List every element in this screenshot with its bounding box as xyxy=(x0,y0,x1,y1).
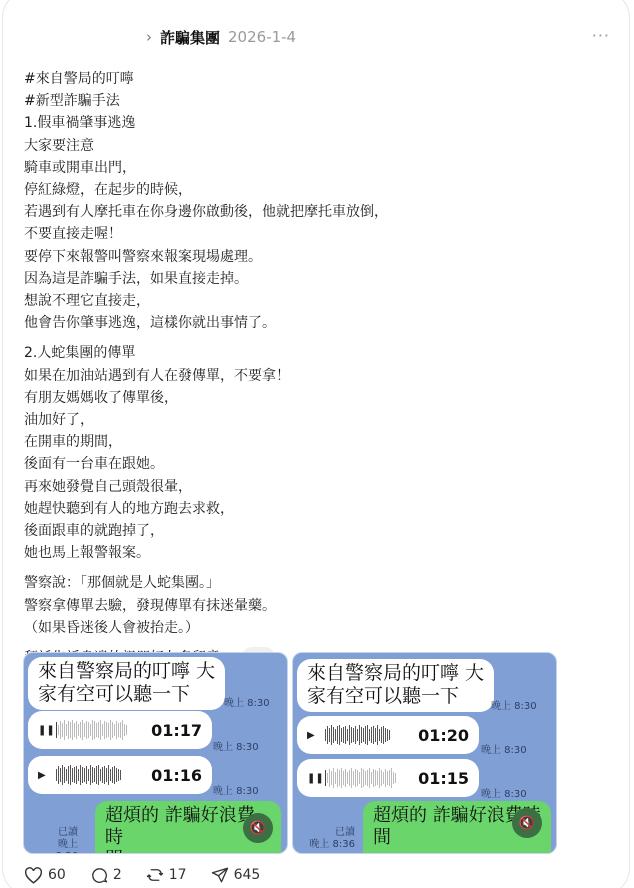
timestamp: 晚上 8:30 xyxy=(491,697,537,712)
text-line: 後面跟車的就跑掉了， xyxy=(24,520,614,542)
timestamp: 晚上 8:36 xyxy=(38,839,78,854)
chat-text-bubble: 來自警察局的叮嚀 大 家有空可以聽一下 xyxy=(28,657,225,710)
text-line: 她也馬上報警報案。 xyxy=(24,542,614,564)
bubble-line: 來自警察局的叮嚀 大 xyxy=(38,660,215,683)
text-line: 想說不理它直接走， xyxy=(24,290,614,312)
read-label: 已讀 xyxy=(38,827,78,839)
reply-button[interactable]: 2 xyxy=(90,866,122,884)
text-line: 因為這是詐騙手法，如果直接走掉。 xyxy=(24,268,614,290)
author-name[interactable]: 詐騙集團 xyxy=(160,27,220,48)
text-line[interactable]: #來自警局的叮嚀 xyxy=(24,68,614,90)
repost-icon xyxy=(146,866,164,884)
read-receipt: 已讀 晚上 8:36 xyxy=(309,827,355,851)
text-line: 警察拿傳單去驗，發現傳單有抹迷暈藥。 xyxy=(24,595,614,617)
share-count: 645 xyxy=(234,867,261,883)
paragraph-3: 警察說：「那個就是人蛇集團。」 警察拿傳單去驗，發現傳單有抹迷暈藥。 （如果昏迷… xyxy=(24,572,614,639)
read-label: 已讀 xyxy=(309,827,355,839)
text-line: 有朋友媽媽收了傳單後， xyxy=(24,387,614,409)
reply-count: 2 xyxy=(113,867,122,883)
voice-duration: 01:17 xyxy=(151,721,202,740)
text-line: 如果在加油站遇到有人在發傳單，不要拿！ xyxy=(24,365,614,387)
play-icon: ▶ xyxy=(38,770,52,781)
timestamp: 晚上 8:30 xyxy=(213,782,259,797)
post-actions: 60 2 17 645 xyxy=(24,866,284,884)
attached-image-2[interactable]: 來自警察局的叮嚀 大 家有空可以聽一下 晚上 8:30 ▶ 01:20 晚上 8… xyxy=(292,652,557,854)
like-count: 60 xyxy=(48,867,66,883)
text-line: 不要直接走喔！ xyxy=(24,223,614,245)
voice-message: ▶ 01:16 xyxy=(28,756,212,794)
text-line: 騎車或開車出門， xyxy=(24,157,614,179)
paragraph-1: #來自警局的叮嚀 #新型詐騙手法 1.假車禍肇事逃逸 大家要注意 騎車或開車出門… xyxy=(24,68,614,334)
voice-duration: 01:16 xyxy=(151,766,202,785)
bubble-line: 家有空可以聽一下 xyxy=(307,685,484,708)
pause-icon: ❚❚ xyxy=(307,773,321,784)
repost-count: 17 xyxy=(169,867,187,883)
text-line: 警察說：「那個就是人蛇集團。」 xyxy=(24,572,614,594)
text-line: 若遇到有人摩托車在你身邊你啟動後，他就把摩托車放倒， xyxy=(24,201,614,223)
bubble-line: 間 xyxy=(105,849,271,854)
text-line[interactable]: #新型詐騙手法 xyxy=(24,90,614,112)
voice-duration: 01:15 xyxy=(418,769,469,788)
post-date[interactable]: 2026-1-4 xyxy=(228,28,296,46)
voice-message: ❚❚ 01:17 xyxy=(28,711,212,749)
text-line: 在開車的期間， xyxy=(24,431,614,453)
paragraph-2: 2.人蛇集團的傳單 如果在加油站遇到有人在發傳單，不要拿！ 有朋友媽媽收了傳單後… xyxy=(24,342,614,564)
pause-icon: ❚❚ xyxy=(38,725,52,736)
more-icon[interactable]: ··· xyxy=(592,26,610,45)
send-icon xyxy=(211,866,229,884)
comment-icon xyxy=(90,866,108,884)
post-header: › 詐騙集團 2026-1-4 xyxy=(146,26,296,48)
share-button[interactable]: 645 xyxy=(211,866,261,884)
mute-icon[interactable]: 🔇 xyxy=(512,808,542,838)
heart-icon xyxy=(24,867,43,884)
repost-button[interactable]: 17 xyxy=(146,866,187,884)
text-line: 油加好了， xyxy=(24,409,614,431)
mute-icon[interactable]: 🔇 xyxy=(243,813,273,843)
timestamp: 晚上 8:30 xyxy=(481,741,527,756)
voice-duration: 01:20 xyxy=(418,726,469,745)
bubble-line: 來自警察局的叮嚀 大 xyxy=(307,662,484,685)
post-body: #來自警局的叮嚀 #新型詐騙手法 1.假車禍肇事逃逸 大家要注意 騎車或開車出門… xyxy=(24,68,614,677)
waveform xyxy=(56,764,121,786)
timestamp: 晚上 8:30 xyxy=(224,694,270,709)
attached-image-1[interactable]: 來自警察局的叮嚀 大 家有空可以聽一下 晚上 8:30 ❚❚ 01:17 晚上 … xyxy=(23,652,288,854)
timestamp: 晚上 8:30 xyxy=(481,785,527,800)
voice-message: ▶ 01:20 xyxy=(297,716,479,754)
bubble-line: 家有空可以聽一下 xyxy=(38,683,215,706)
waveform xyxy=(56,719,127,741)
waveform xyxy=(325,724,390,746)
text-line: 後面有一台車在跟她。 xyxy=(24,453,614,475)
waveform xyxy=(325,767,396,789)
play-icon: ▶ xyxy=(307,730,321,741)
text-line: 她趕快聽到有人的地方跑去求救， xyxy=(24,498,614,520)
chat-text-bubble: 來自警察局的叮嚀 大 家有空可以聽一下 xyxy=(297,659,494,712)
text-line: （如果昏迷後人會被抬走。） xyxy=(24,617,614,639)
voice-message: ❚❚ 01:15 xyxy=(297,759,479,797)
timestamp: 晚上 8:36 xyxy=(309,839,355,851)
read-receipt: 已讀 晚上 8:36 xyxy=(38,827,78,854)
text-line: 停紅綠燈，在起步的時候， xyxy=(24,179,614,201)
timestamp: 晚上 8:30 xyxy=(213,738,259,753)
text-line: 要停下來報警叫警察來報案現場處理。 xyxy=(24,246,614,268)
text-line: 2.人蛇集團的傳單 xyxy=(24,342,614,364)
text-line: 1.假車禍肇事逃逸 xyxy=(24,112,614,134)
text-line: 他會告你肇事逃逸，這樣你就出事情了。 xyxy=(24,312,614,334)
chevron-right-icon[interactable]: › xyxy=(146,28,152,46)
text-line: 大家要注意 xyxy=(24,135,614,157)
like-button[interactable]: 60 xyxy=(24,867,66,884)
text-line: 再來她發覺自己頭殼很暈， xyxy=(24,476,614,498)
